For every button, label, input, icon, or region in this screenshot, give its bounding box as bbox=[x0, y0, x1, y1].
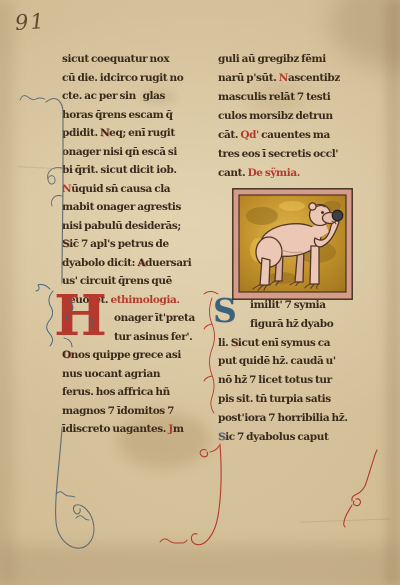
text-line: cāt. Qd' cauentes ma bbox=[218, 126, 383, 145]
text-line: tres eos ī secretis occl' bbox=[218, 145, 383, 164]
text-line: nō hz̄ 7 licet totus tur bbox=[218, 371, 383, 390]
stain bbox=[386, 0, 400, 585]
text-line: nisi pabulū desiderās; bbox=[62, 217, 217, 236]
miniature-ape bbox=[232, 188, 353, 300]
margin-curl-2 bbox=[52, 196, 62, 206]
fruit bbox=[332, 210, 342, 220]
text-line: culos morsibz detrun bbox=[218, 107, 383, 126]
text-line: horas q̄rens escam q̄ bbox=[62, 106, 217, 125]
text-line: īdiscreto uagantes. Jm bbox=[62, 420, 217, 439]
margin-scroll-top bbox=[20, 96, 45, 100]
text-line: ferus. hos affrica hñ bbox=[62, 383, 217, 402]
stain bbox=[0, 545, 400, 585]
folio-number: 91 bbox=[14, 9, 46, 35]
stain bbox=[0, 0, 13, 585]
text-line: cte. ac per sin glas bbox=[62, 87, 217, 106]
text-line: cant. De sÿmia. bbox=[218, 164, 383, 183]
text-line: onager īt'preta bbox=[114, 309, 217, 328]
loop-squiggle-2 bbox=[76, 516, 89, 520]
text-line: onager nisi qn̄ escā si bbox=[62, 143, 217, 162]
text-line: figurā hz̄ dyabo bbox=[250, 315, 383, 334]
text-line: guli aū gregibz fēmi bbox=[218, 50, 383, 69]
text-line: mabit onager agrestis bbox=[62, 198, 217, 217]
text-line: pis sit. tn̄ turpia satis bbox=[218, 390, 383, 409]
text-column-right-lower: imilit' 7 symiafigurā hz̄ dyaboli. Sicut… bbox=[218, 296, 383, 446]
text-line: narū p'sūt. Nascentibz bbox=[218, 69, 383, 88]
manuscript-page: 91 sicut coequatur noxcū die. idcirco ru… bbox=[0, 0, 400, 585]
margin-curl bbox=[48, 168, 62, 184]
text-line: li. Sicut enī symus ca bbox=[218, 334, 383, 353]
red-j-flourish bbox=[160, 444, 221, 545]
text-line: pdidit. Neq; enī rugit bbox=[62, 124, 217, 143]
text-line: nus uocant agrian bbox=[62, 365, 217, 384]
crease bbox=[300, 518, 390, 522]
text-line: sicut coequatur nox bbox=[62, 50, 217, 69]
text-line: tur asinus fer'. bbox=[114, 328, 217, 347]
text-line: Sic̄ 7 apl's petrus de bbox=[62, 235, 217, 254]
initial-h: H bbox=[54, 288, 107, 344]
margin-stem bbox=[46, 99, 63, 284]
text-line: bi q̄rit. sicut dicit iob. bbox=[62, 161, 217, 180]
red-corner-flourish bbox=[344, 450, 377, 527]
text-line: masculis relāt 7 testi bbox=[218, 88, 383, 107]
text-line: cū die. idcirco rugit no bbox=[62, 69, 217, 88]
text-column-right-upper: guli aū gregibz fēminarū p'sūt. Nascenti… bbox=[218, 50, 383, 183]
text-line: magnos 7 īdomitos 7 bbox=[62, 402, 217, 421]
text-line: put quidē hz̄. caudā u' bbox=[218, 352, 383, 371]
loop-squiggle-1 bbox=[56, 492, 75, 497]
text-line: Sic 7 dyabolus caput bbox=[218, 428, 383, 447]
text-line: post'iora 7 horribilia hz̄. bbox=[218, 409, 383, 428]
descender-loop bbox=[56, 428, 94, 548]
text-line: dyabolo dicit: Aduersari bbox=[62, 254, 217, 273]
text-column-left: sicut coequatur noxcū die. idcirco rugit… bbox=[62, 50, 217, 439]
text-line: Nūquid sn̄ causa cla bbox=[62, 180, 217, 199]
